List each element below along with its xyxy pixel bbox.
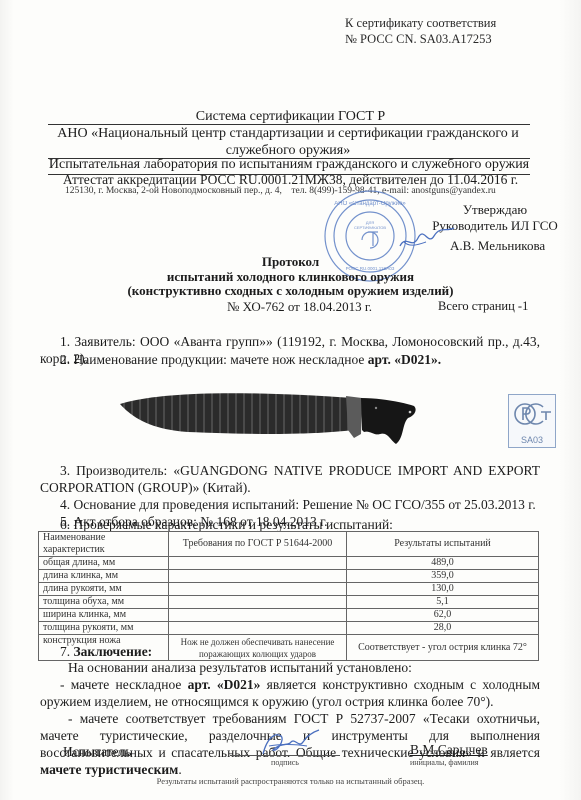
table-row: толщина рукояти, мм28,0 <box>39 622 539 635</box>
conclusion-title: 7. Заключение: <box>40 643 540 660</box>
cert-ref-line2: № РОСС CN. SA03.A17253 <box>345 31 496 47</box>
tester-label: Испытатель <box>63 744 132 760</box>
lab-address: 125130, г. Москва, 2-ой Новоподмосковный… <box>65 186 496 196</box>
ano-name: АНО «Национальный центр стандартизации и… <box>50 125 526 159</box>
protocol-subtitle2: (конструктивно сходных с холодным оружие… <box>0 284 581 299</box>
svg-text:СЕРТИФИКАТОВ: СЕРТИФИКАТОВ <box>354 225 386 230</box>
footer-note: Результаты испытаний распространяются то… <box>0 776 581 786</box>
table-row: общая длина, мм489,0 <box>39 557 539 570</box>
protocol-number: № ХО-762 от 18.04.2013 г. <box>227 299 372 315</box>
manufacturer: 3. Производитель: «GUANGDONG NATIVE PROD… <box>40 462 540 496</box>
certificate-page: К сертификату соответствия № РОСС CN. SA… <box>0 0 581 800</box>
product-article: арт. «D021». <box>368 352 441 367</box>
test-basis: 4. Основание для проведения испытаний: Р… <box>40 496 540 513</box>
table-row: длина рукояти, мм130,0 <box>39 583 539 596</box>
protocol-subtitle1: испытаний холодного клинкового оружия <box>0 270 581 285</box>
results-table: Наименование характеристик Требования по… <box>38 531 539 661</box>
signature-caption: подпись <box>230 758 340 767</box>
protocol-heading: Протокол испытаний холодного клинкового … <box>0 255 581 299</box>
table-row: длина клинка, мм359,0 <box>39 570 539 583</box>
tester-name: В.М.Сарычев <box>410 742 488 758</box>
col-header: Требования по ГОСТ Р 51644-2000 <box>169 532 347 557</box>
rst-mark-icon <box>509 395 555 433</box>
certificate-reference: К сертификату соответствия № РОСС CN. SA… <box>345 15 496 47</box>
approver-signature-icon <box>396 224 456 254</box>
machete-image <box>118 384 418 454</box>
page-count: Всего страниц -1 <box>438 299 528 314</box>
tester-name-caption: инициалы, фамилия <box>410 758 478 767</box>
approve-label: Утверждаю <box>410 202 580 218</box>
checked-characteristics: 6. Проверяемые характеристики и результа… <box>40 519 540 531</box>
product-name: 2. Наименование продукции: мачете нож не… <box>40 351 540 368</box>
conclusion-intro: На основании анализа результатов испытан… <box>40 659 540 676</box>
col-header: Результаты испытаний <box>347 532 539 557</box>
cert-ref-line1: К сертификату соответствия <box>345 15 496 31</box>
table-row: толщина обуха, мм5,1 <box>39 596 539 609</box>
protocol-title: Протокол <box>0 255 581 270</box>
rst-code: SA03 <box>509 435 555 445</box>
lab-name: Испытательная лаборатория по испытаниям … <box>48 157 530 173</box>
conclusion-point-1: - мачете нескладное арт. «D021» является… <box>40 676 540 710</box>
col-header: Наименование характеристик <box>39 532 169 557</box>
table-row: ширина клинка, мм62,0 <box>39 609 539 622</box>
signature-line <box>230 755 340 756</box>
system-title: Система сертификации ГОСТ Р <box>0 109 581 125</box>
table-header-row: Наименование характеристик Требования по… <box>39 532 539 557</box>
rst-certification-logo: SA03 <box>508 394 556 448</box>
svg-text:АНО «Стандарт-Оружие»: АНО «Стандарт-Оружие» <box>334 201 406 207</box>
approver-name: А.В. Мельникова <box>450 238 545 254</box>
